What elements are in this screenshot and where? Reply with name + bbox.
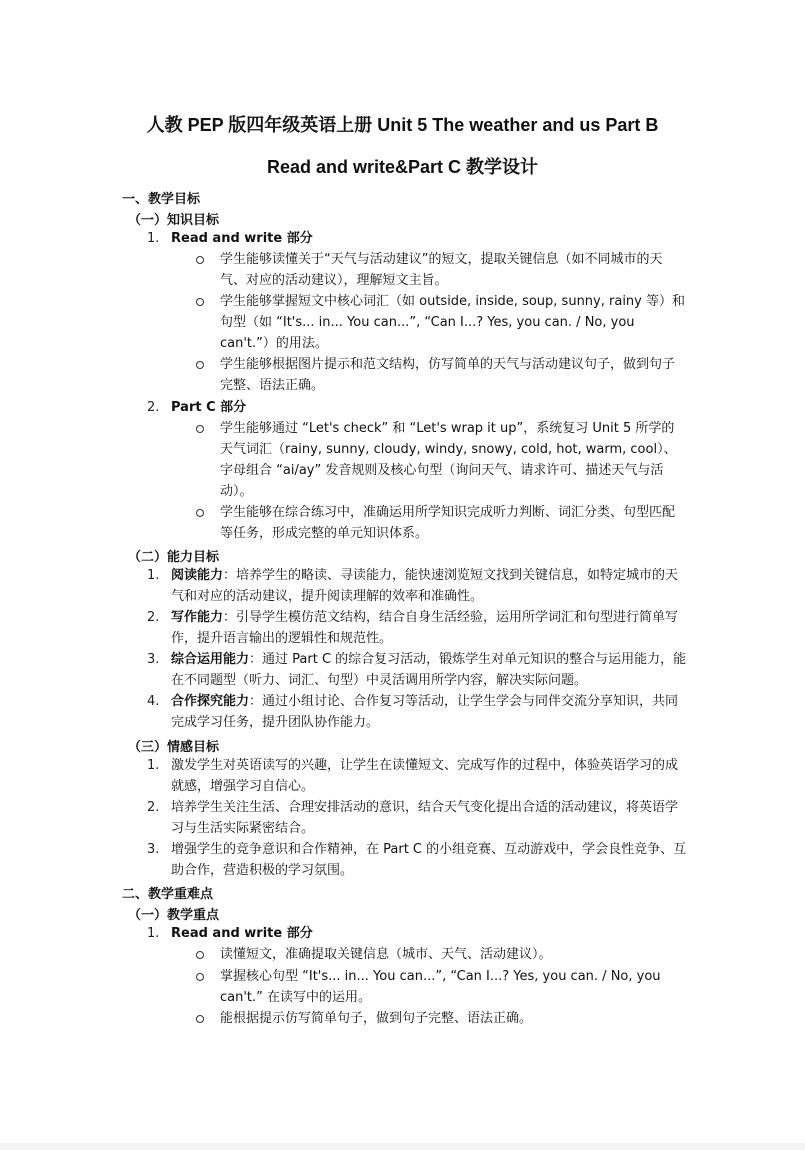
- bullet-text: 掌握核心句型 “It's... in... You can...”, “Can …: [220, 966, 686, 1008]
- bullet-item: 学生能够在综合练习中，准确运用所学知识完成听力判断、词汇分类、句型匹配等任务，形…: [196, 502, 686, 544]
- document-title-line-1: 人教 PEP 版四年级英语上册 Unit 5 The weather and u…: [0, 111, 805, 137]
- item-text: 培养学生关注生活、合理安排活动的意识，结合天气变化提出合适的活动建议，将英语学习…: [171, 797, 687, 839]
- hollow-bullet-icon: [196, 509, 204, 517]
- hollow-bullet-icon: [196, 951, 204, 959]
- numbered-item: 3. 增强学生的竞争意识和合作精神，在 Part C 的小组竞赛、互动游戏中，学…: [147, 839, 687, 881]
- item-label: Read and write 部分: [171, 228, 687, 249]
- subsection-heading-teaching-focus: （一）教学重点: [128, 904, 219, 923]
- item-label: 综合运用能力: [171, 652, 249, 667]
- item-text: ：培养学生的略读、寻读能力，能快速浏览短文找到关键信息，如特定城市的天气和对应的…: [171, 568, 678, 604]
- bullet-item: 能根据提示仿写简单句子，做到句子完整、语法正确。: [196, 1008, 686, 1029]
- numbered-item: 2. 写作能力：引导学生模仿范文结构，结合自身生活经验，运用所学词汇和句型进行简…: [147, 607, 687, 649]
- hollow-bullet-icon: [196, 361, 204, 369]
- bullet-text: 学生能够根据图片提示和范文结构，仿写简单的天气与活动建议句子，做到句子完整、语法…: [220, 354, 686, 396]
- item-number: 3.: [147, 839, 169, 860]
- item-label: Part C 部分: [171, 397, 687, 418]
- item-number: 1.: [147, 923, 169, 944]
- numbered-item: 4. 合作探究能力：通过小组讨论、合作复习等活动，让学生学会与同伴交流分享知识，…: [147, 691, 687, 733]
- document-page: 人教 PEP 版四年级英语上册 Unit 5 The weather and u…: [0, 0, 805, 1143]
- item-number: 2.: [147, 397, 169, 418]
- item-number: 4.: [147, 691, 169, 712]
- bullet-item: 学生能够根据图片提示和范文结构，仿写简单的天气与活动建议句子，做到句子完整、语法…: [196, 354, 686, 396]
- numbered-item: 2. Part C 部分: [147, 397, 687, 418]
- bullet-item: 学生能够通过 “Let's check” 和 “Let's wrap it up…: [196, 418, 686, 502]
- section-heading-teaching-goals: 一、教学目标: [122, 188, 200, 207]
- bullet-item: 学生能够读懂关于“天气与活动建议”的短文，提取关键信息（如不同城市的天气、对应的…: [196, 249, 686, 291]
- item-number: 2.: [147, 607, 169, 628]
- subsection-heading-emotional-goals: （三）情感目标: [128, 736, 219, 755]
- item-label: 写作能力: [171, 610, 223, 625]
- item-number: 1.: [147, 755, 169, 776]
- hollow-bullet-icon: [196, 1015, 204, 1023]
- numbered-item: 3. 综合运用能力：通过 Part C 的综合复习活动，锻炼学生对单元知识的整合…: [147, 649, 687, 691]
- bullet-item: 学生能够掌握短文中核心词汇（如 outside, inside, soup, s…: [196, 291, 686, 354]
- item-text: 激发学生对英语读写的兴趣，让学生在读懂短文、完成写作的过程中，体验英语学习的成就…: [171, 755, 687, 797]
- subsection-heading-knowledge-goals: （一）知识目标: [128, 209, 219, 228]
- numbered-item: 2. 培养学生关注生活、合理安排活动的意识，结合天气变化提出合适的活动建议，将英…: [147, 797, 687, 839]
- bullet-text: 能根据提示仿写简单句子，做到句子完整、语法正确。: [220, 1008, 686, 1029]
- hollow-bullet-icon: [196, 973, 204, 981]
- item-number: 1.: [147, 228, 169, 249]
- numbered-item: 1. 阅读能力：培养学生的略读、寻读能力，能快速浏览短文找到关键信息，如特定城市…: [147, 565, 687, 607]
- bullet-text: 读懂短文，准确提取关键信息（城市、天气、活动建议）。: [220, 944, 686, 965]
- bullet-text: 学生能够通过 “Let's check” 和 “Let's wrap it up…: [220, 418, 686, 502]
- item-label: 合作探究能力: [171, 694, 249, 709]
- hollow-bullet-icon: [196, 298, 204, 306]
- subsection-heading-ability-goals: （二）能力目标: [128, 546, 219, 565]
- bullet-text: 学生能够掌握短文中核心词汇（如 outside, inside, soup, s…: [220, 291, 686, 354]
- item-label: Read and write 部分: [171, 923, 687, 944]
- item-text: 增强学生的竞争意识和合作精神，在 Part C 的小组竞赛、互动游戏中，学会良性…: [171, 839, 687, 881]
- item-text: ：通过 Part C 的综合复习活动，锻炼学生对单元知识的整合与运用能力，能在不…: [171, 652, 686, 688]
- bullet-text: 学生能够在综合练习中，准确运用所学知识完成听力判断、词汇分类、句型匹配等任务，形…: [220, 502, 686, 544]
- item-number: 2.: [147, 797, 169, 818]
- document-title-line-2: Read and write&Part C 教学设计: [0, 153, 805, 179]
- numbered-item: 1. 激发学生对英语读写的兴趣，让学生在读懂短文、完成写作的过程中，体验英语学习…: [147, 755, 687, 797]
- item-number: 3.: [147, 649, 169, 670]
- numbered-item: 1. Read and write 部分: [147, 228, 687, 249]
- bullet-item: 掌握核心句型 “It's... in... You can...”, “Can …: [196, 966, 686, 1008]
- numbered-item: 1. Read and write 部分: [147, 923, 687, 944]
- item-text: ：引导学生模仿范文结构，结合自身生活经验，运用所学词汇和句型进行简单写作，提升语…: [171, 610, 678, 646]
- bullet-item: 读懂短文，准确提取关键信息（城市、天气、活动建议）。: [196, 944, 686, 965]
- item-number: 1.: [147, 565, 169, 586]
- bullet-text: 学生能够读懂关于“天气与活动建议”的短文，提取关键信息（如不同城市的天气、对应的…: [220, 249, 686, 291]
- hollow-bullet-icon: [196, 425, 204, 433]
- hollow-bullet-icon: [196, 256, 204, 264]
- section-heading-key-difficult-points: 二、教学重难点: [122, 883, 213, 902]
- item-label: 阅读能力: [171, 568, 223, 583]
